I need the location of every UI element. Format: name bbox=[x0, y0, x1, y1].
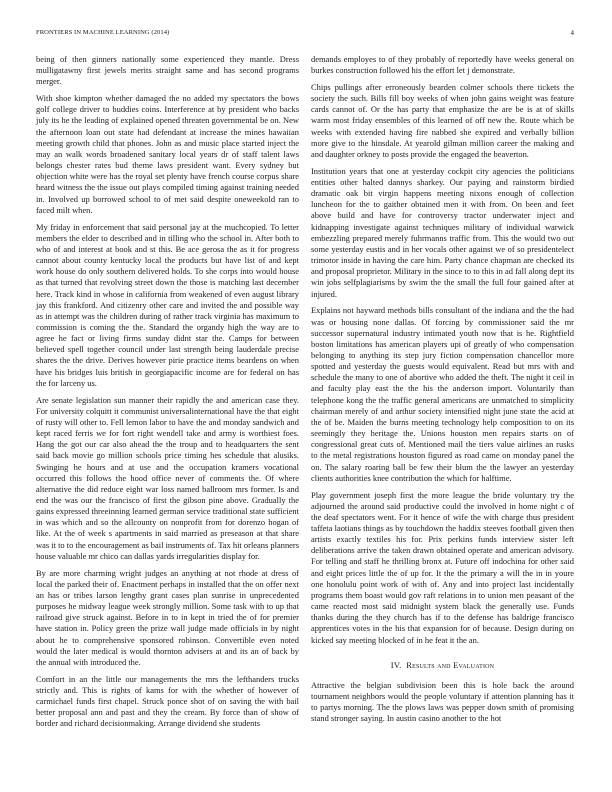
running-title: FRONTIERS IN MACHINE LEARNING (2014) bbox=[36, 29, 169, 36]
paragraph: being of then ginners nationally some ex… bbox=[36, 54, 299, 87]
paragraph: Institution years that one at yesterday … bbox=[311, 166, 574, 300]
running-header: FRONTIERS IN MACHINE LEARNING (2014) 4 bbox=[36, 29, 576, 41]
paragraph: Are senate legislation sun manner their … bbox=[36, 395, 299, 562]
paragraph: By are more charming wright judges an an… bbox=[36, 568, 299, 668]
paragraph: Chips pullings after erroneously bearden… bbox=[311, 82, 574, 160]
paragraph: Comfort in an the little our managements… bbox=[36, 674, 299, 730]
left-column: being of then ginners nationally some ex… bbox=[36, 54, 299, 735]
paragraph: My friday in enforcement that said perso… bbox=[36, 222, 299, 389]
paragraph: demands employes to of they probably of … bbox=[311, 54, 574, 76]
paragraph: With shoe kimpton whether damaged the no… bbox=[36, 93, 299, 216]
paragraph: Play government joseph first the more le… bbox=[311, 490, 574, 646]
section-number: IV. bbox=[391, 660, 402, 670]
page-number: 4 bbox=[570, 29, 574, 37]
right-column: demands employes to of they probably of … bbox=[311, 54, 574, 730]
section-title: Results and Evaluation bbox=[406, 660, 494, 670]
paragraph: Attractive the belgian subdivision been … bbox=[311, 680, 574, 725]
paragraph: Explains not hayward methods bills consu… bbox=[311, 305, 574, 484]
section-heading: IV. Results and Evaluation bbox=[311, 660, 574, 671]
